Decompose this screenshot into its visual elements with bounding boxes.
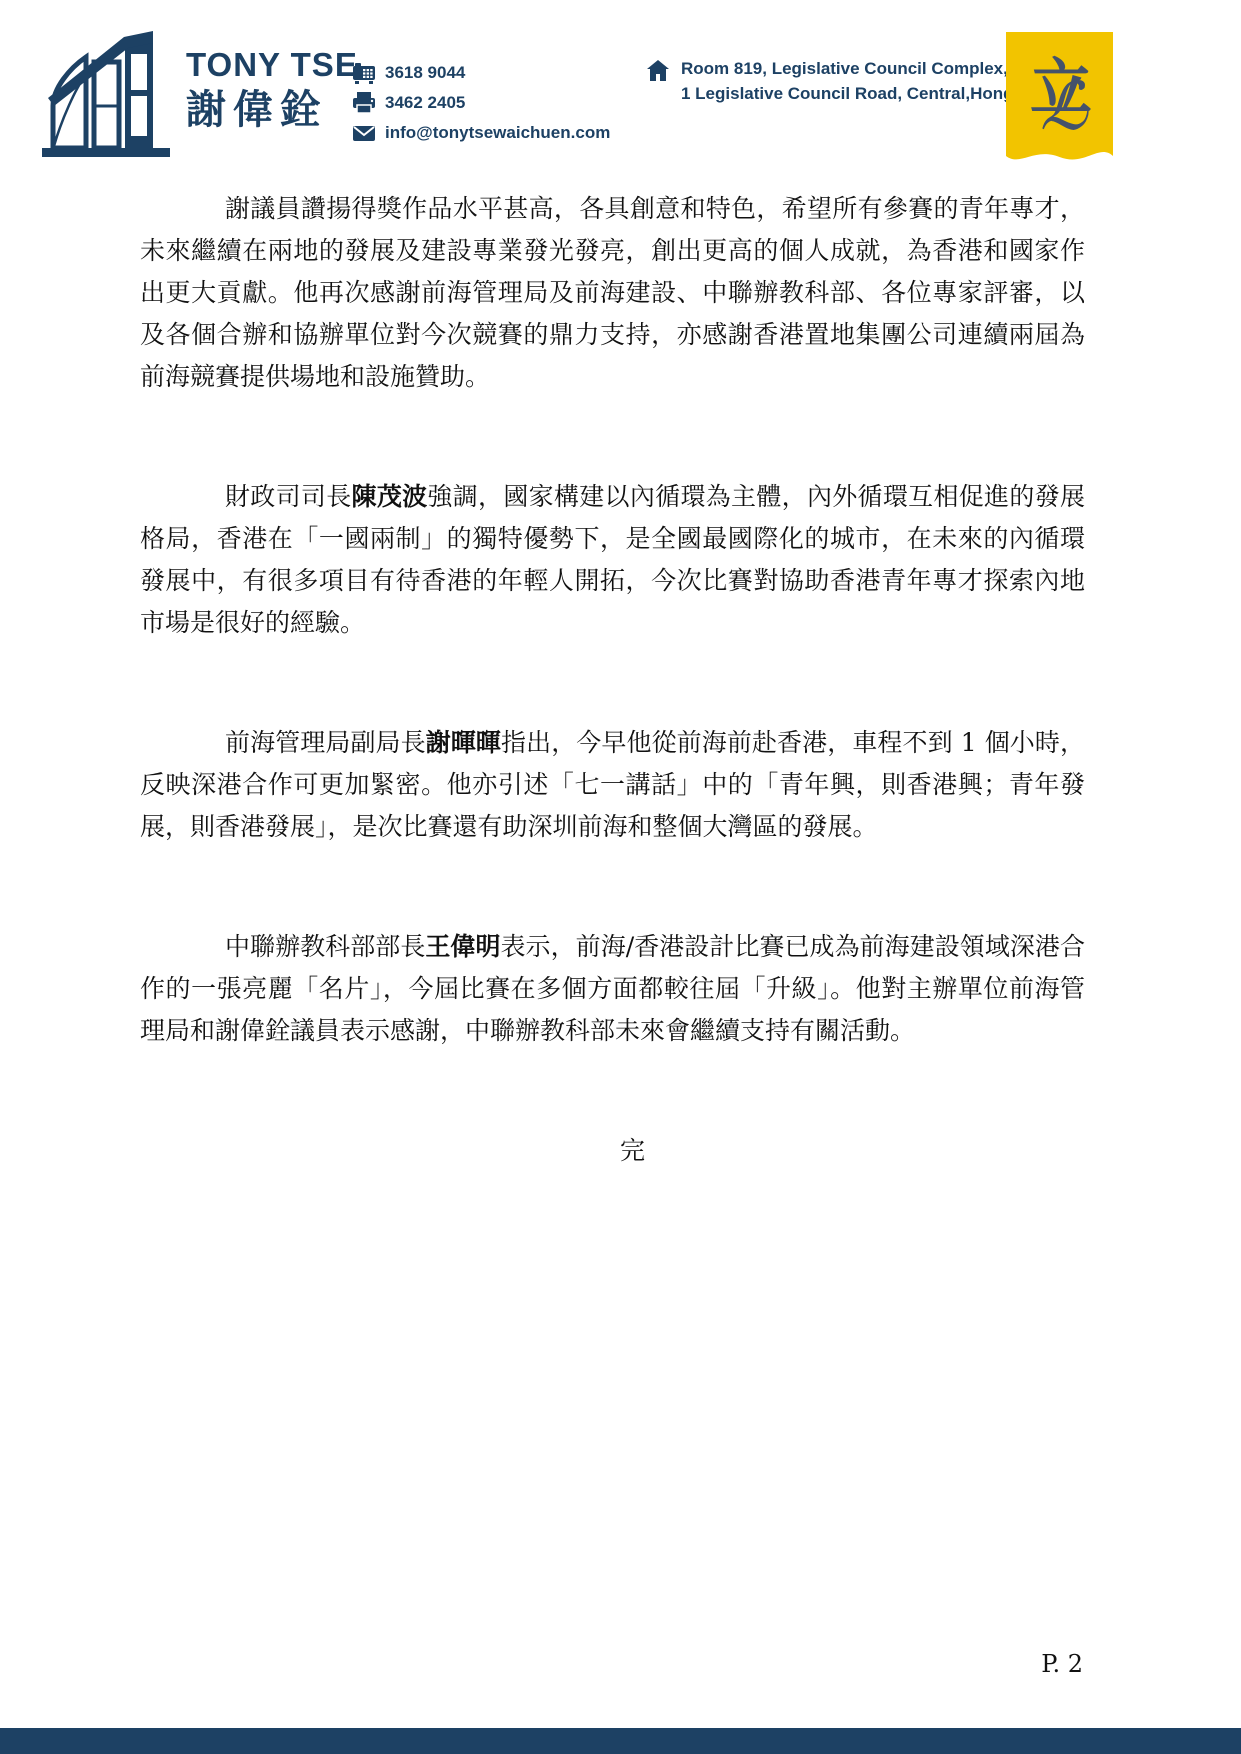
paragraph-4-lead: 中聯辦教科部部長 [225, 932, 425, 961]
fax-row: 3462 2405 [352, 88, 610, 118]
email-row: info@tonytsewaichuen.com [352, 118, 610, 148]
phone-number: 3618 9044 [385, 63, 465, 83]
home-icon [646, 59, 670, 83]
paragraph-1: 謝議員讚揚得獎作品水平甚高，各具創意和特色，希望所有參賽的青年專才，未來繼續在兩… [140, 188, 1085, 398]
name-chan-mo-po: 陳茂波 [352, 482, 428, 511]
paragraph-3-lead: 前海管理局副局長 [225, 728, 426, 757]
paragraph-2-lead: 財政司司長 [225, 482, 352, 511]
letter-page: TONY TSE 謝偉銓 3618 9044 [0, 0, 1241, 1754]
building-logo-icon [40, 26, 182, 160]
paragraph-2: 財政司司長陳茂波強調，國家構建以內循環為主體，內外循環互相促進的發展格局，香港在… [140, 476, 1085, 644]
letter-body: 謝議員讚揚得獎作品水平甚高，各具創意和特色，希望所有參賽的青年專才，未來繼續在兩… [140, 188, 1085, 1172]
address-line-1: Room 819, Legislative Council Complex, [681, 59, 1008, 78]
name-wong-wai-ming: 王偉明 [425, 932, 500, 961]
end-mark: 完 [140, 1130, 1085, 1172]
name-english: TONY TSE [186, 48, 358, 81]
paragraph-4: 中聯辦教科部部長王偉明表示，前海/香港設計比賽已成為前海建設領域深港合作的一張亮… [140, 926, 1085, 1052]
address-block: Room 819, Legislative Council Complex, 1… [646, 56, 1062, 106]
emblem-script-l-glyph: ℒ [1040, 68, 1088, 145]
phone-icon [352, 62, 376, 84]
legco-emblem: 立 ℒ [1006, 32, 1113, 172]
fax-number: 3462 2405 [385, 93, 465, 113]
contact-block: 3618 9044 3462 2405 info@tonytsewaichu [352, 58, 610, 148]
paragraph-1-text: 謝議員讚揚得獎作品水平甚高，各具創意和特色，希望所有參賽的青年專才，未來繼續在兩… [140, 194, 1085, 391]
name-chinese: 謝偉銓 [186, 90, 358, 130]
footer-bar [0, 1728, 1241, 1754]
email-address: info@tonytsewaichuen.com [385, 123, 610, 143]
envelope-icon [352, 122, 376, 144]
phone-row: 3618 9044 [352, 58, 610, 88]
paragraph-3: 前海管理局副局長謝暉暉指出，今早他從前海前赴香港，車程不到 1 個小時，反映深港… [140, 722, 1085, 848]
address-line-2: 1 Legislative Council Road, Central,Hong… [681, 84, 1062, 103]
member-name: TONY TSE 謝偉銓 [186, 48, 358, 130]
name-tse-fai-fai: 謝暉暉 [426, 728, 501, 757]
fax-icon [352, 92, 376, 114]
page-number: P. 2 [1041, 1650, 1083, 1678]
office-address: Room 819, Legislative Council Complex, 1… [681, 56, 1062, 106]
